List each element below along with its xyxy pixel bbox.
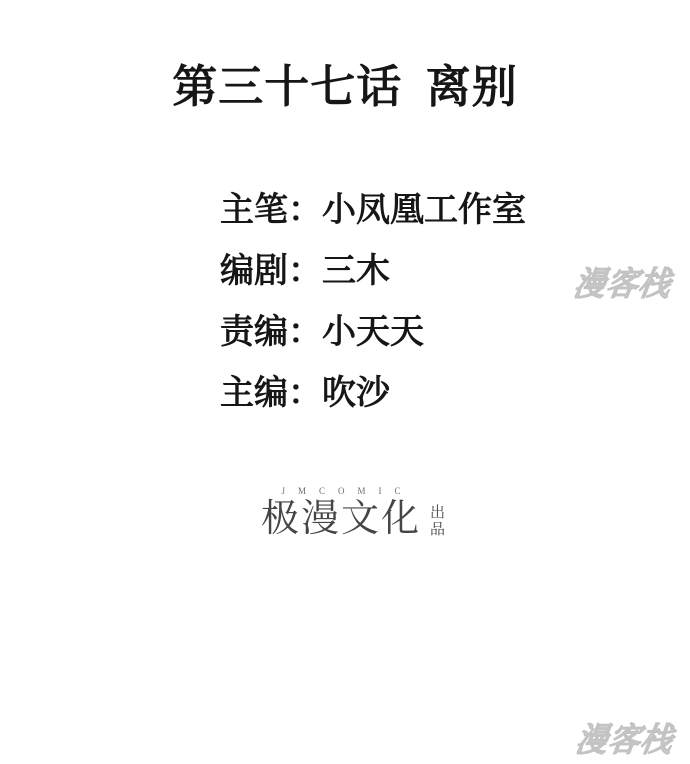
mankezhan-watermark-top: 漫客栈 [571,258,675,305]
credit-line-chief-editor: 主编：吹沙 [220,376,526,410]
credit-line-editor: 责编：小天天 [220,315,526,349]
publisher-logo-production-seal: 出品 [427,504,445,538]
credit-name: 小凤凰工作室 [322,191,526,229]
publisher-logo-cn-text: 极漫文化 [261,499,421,539]
credit-label: 主笔： [220,191,322,229]
chapter-title: 第三十七话 离别 [0,50,690,115]
credits-list: 主笔：小凤凰工作室 编剧：三木 责编：小天天 主编：吹沙 [220,193,526,437]
publisher-logo-main: JMCOMIC 极漫文化 [261,487,421,539]
mankezhan-watermark-bottom: 漫客栈 [573,714,677,761]
publisher-logo-en-text: JMCOMIC [268,487,413,496]
credit-name: 吹沙 [322,374,390,412]
credit-label: 主编： [220,374,322,412]
comic-credits-page: 第三十七话 离别 主笔：小凤凰工作室 编剧：三木 责编：小天天 主编：吹沙 漫客… [0,0,690,764]
credit-label: 责编： [220,313,322,351]
credit-name: 小天天 [322,313,424,351]
publisher-logo: JMCOMIC 极漫文化 出品 [8,487,690,539]
credit-line-artist: 主笔：小凤凰工作室 [220,193,526,227]
credit-name: 三木 [322,252,390,290]
credit-label: 编剧： [220,252,322,290]
credit-line-writer: 编剧：三木 [220,254,526,288]
